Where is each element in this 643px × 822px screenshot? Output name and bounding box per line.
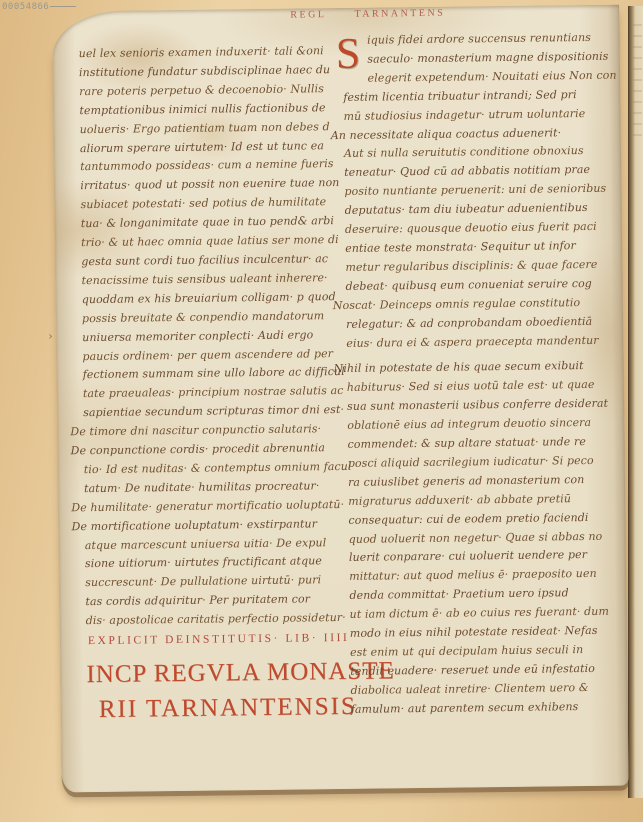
right-column-lines: iquis fidei ardore succensus renuntianss…: [343, 29, 619, 720]
rubric-line-1: INCP REGVLA MONASTE: [86, 654, 339, 692]
manuscript-line: uniuersa memoriter conplecti· Audi ergo: [82, 326, 335, 348]
manuscript-line: uolueris· Ergo patientiam tuam non debes…: [80, 118, 333, 140]
decorated-initial-s: S: [336, 35, 361, 75]
manuscript-line: relegatur: & ad conprobandam oboedientiā: [346, 312, 614, 334]
manuscript-line: ra cuiuslibet generis ad monasterium con: [348, 470, 616, 492]
manuscript-line: diabolica ualeat inretire· Clientem uero…: [350, 678, 618, 700]
running-header-right: TARNANTENS: [354, 8, 445, 20]
manuscript-line: temptationibus inimici nullis factionibu…: [79, 99, 332, 121]
scan-number: 00054866: [2, 2, 76, 12]
manuscript-line: mittatur: aut quod melius ē· praeposito …: [349, 565, 617, 587]
manuscript-line: eius· dura ei & aspera praecepta mandent…: [346, 331, 614, 353]
manuscript-photo: { "photo": { "corner_number": "00054866"…: [0, 0, 643, 822]
manuscript-line: mū studiosius indagetur· utrum uoluntari…: [343, 104, 611, 126]
running-header: REGL TARNANTENS: [290, 8, 445, 21]
rubric-line-2: RII TARNANTENSIS: [99, 689, 340, 727]
manuscript-line: dis· apostolicae caritatis perfectio pos…: [86, 609, 339, 631]
next-page-text-shadow: [633, 24, 642, 144]
incipit-rubric: INCP REGVLA MONASTE RII TARNANTENSIS: [86, 654, 340, 727]
running-header-left: REGL: [290, 9, 326, 20]
explicit-line: EXPLICIT DEINSTITUTIS· LIB· IIII: [88, 632, 339, 647]
manuscript-line: famulum· aut parentem secum exhibens: [351, 697, 619, 719]
left-column-lines: uel lex senioris examen induxerit· tali …: [79, 42, 339, 631]
right-text-column: S iquis fidei ardore succensus renuntian…: [343, 29, 619, 720]
left-text-column: uel lex senioris examen induxerit· tali …: [79, 42, 340, 727]
next-page-fore-edge: [628, 6, 643, 798]
margin-mark-icon: ›: [48, 330, 53, 343]
manuscript-line: possis breuitate & conpendio mandatorum: [82, 307, 335, 329]
parchment-page: REGL TARNANTENS › uel lex senioris exame…: [52, 5, 628, 793]
